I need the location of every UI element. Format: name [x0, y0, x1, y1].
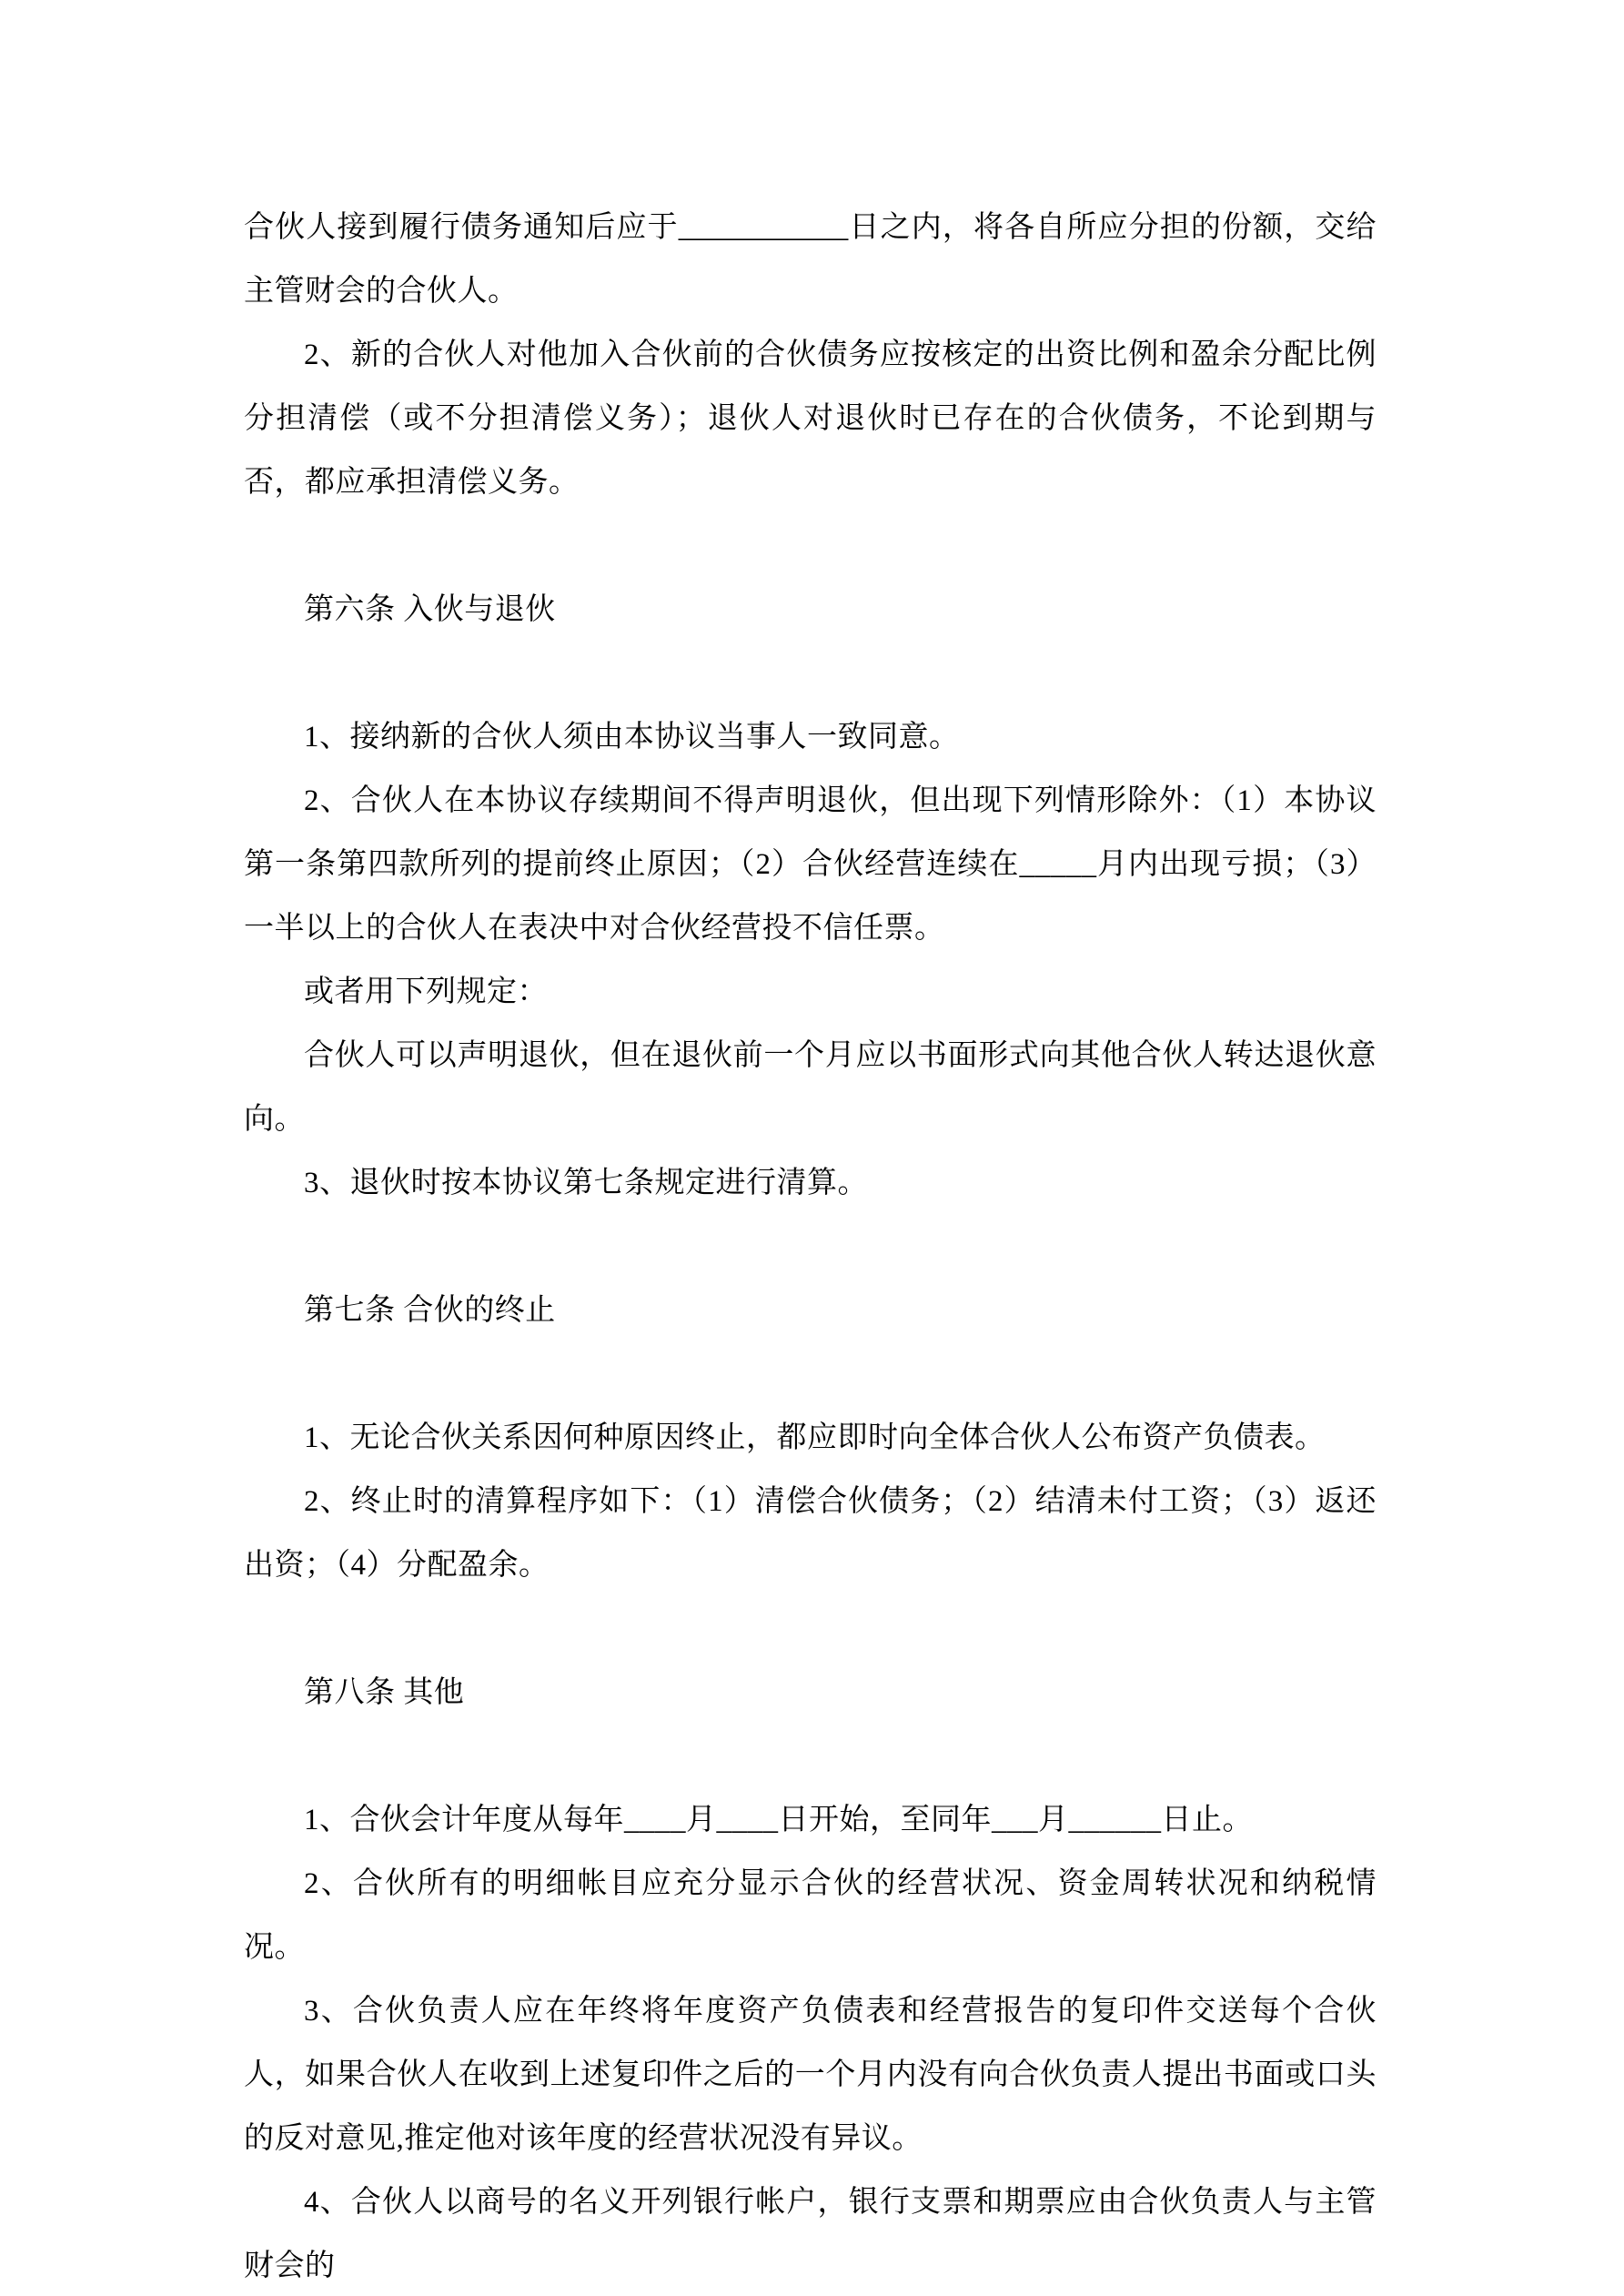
paragraph: 合伙人接到履行债务通知后应于___________日之内，将各自所应分担的份额，…	[244, 196, 1377, 323]
paragraph: 4、合伙人以商号的名义开列银行帐户，银行支票和期票应由合伙负责人与主管财会的	[244, 2170, 1377, 2296]
paragraph: 3、退伙时按本协议第七条规定进行清算。	[244, 1151, 1377, 1215]
paragraph: 1、无论合伙关系因何种原因终止，都应即时向全体合伙人公布资产负债表。	[244, 1406, 1377, 1470]
paragraph: 2、合伙所有的明细帐目应充分显示合伙的经营状况、资金周转状况和纳税情况。	[244, 1852, 1377, 1979]
paragraph: 2、新的合伙人对他加入合伙前的合伙债务应按核定的出资比例和盈余分配比例分担清偿（…	[244, 323, 1377, 514]
document-page: 合伙人接到履行债务通知后应于___________日之内，将各自所应分担的份额，…	[0, 0, 1624, 2296]
paragraph: 或者用下列规定：	[244, 960, 1377, 1024]
section-heading: 第八条 其他	[244, 1661, 1377, 1725]
paragraph: 合伙人可以声明退伙，但在退伙前一个月应以书面形式向其他合伙人转达退伙意向。	[244, 1024, 1377, 1151]
paragraph: 1、接纳新的合伙人须由本协议当事人一致同意。	[244, 705, 1377, 769]
section-heading: 第六条 入伙与退伙	[244, 578, 1377, 642]
paragraph: 1、合伙会计年度从每年____月____日开始，至同年___月______日止。	[244, 1788, 1377, 1852]
paragraph: 2、终止时的清算程序如下：（1）清偿合伙债务；（2）结清未付工资；（3）返还出资…	[244, 1470, 1377, 1597]
paragraph: 3、合伙负责人应在年终将年度资产负债表和经营报告的复印件交送每个合伙人，如果合伙…	[244, 1979, 1377, 2170]
section-heading: 第七条 合伙的终止	[244, 1279, 1377, 1342]
paragraph: 2、合伙人在本协议存续期间不得声明退伙，但出现下列情形除外：（1）本协议第一条第…	[244, 769, 1377, 960]
